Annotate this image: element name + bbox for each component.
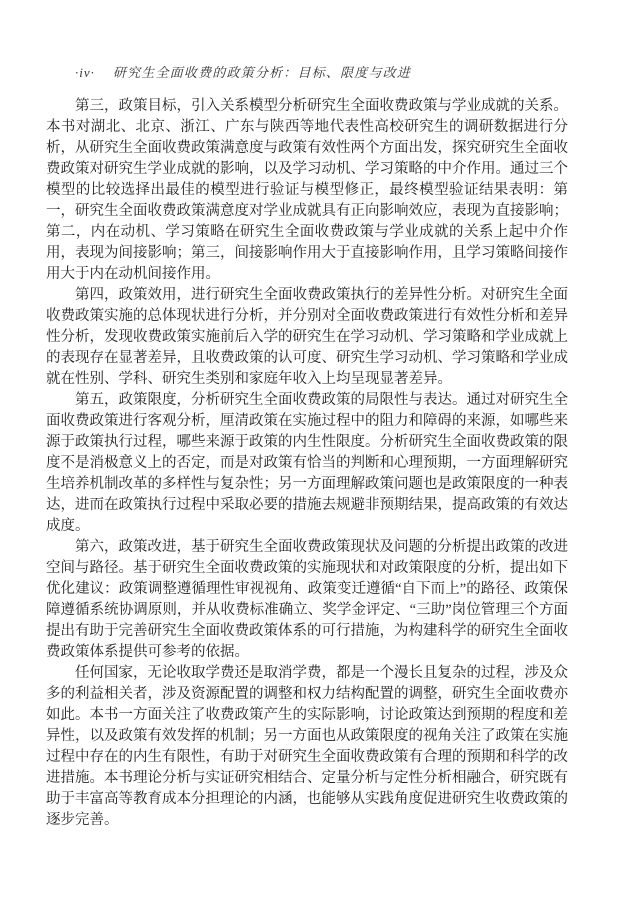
- paragraph-conclusion: 任何国家，无论收取学费还是取消学费，都是一个漫长且复杂的过程，涉及众多的利益相关…: [46, 663, 568, 831]
- paragraph-policy-goal: 第三，政策目标，引入关系模型分析研究生全面收费政策与学业成就的关系。本书对湖北、…: [46, 96, 568, 285]
- page-number: ·iv·: [75, 65, 95, 81]
- paragraph-policy-limits: 第五，政策限度，分析研究生全面收费政策的局限性与表达。通过对研究生全面收费政策进…: [46, 390, 568, 537]
- running-title: 研究生全面收费的政策分析：目标、限度与改进: [113, 62, 411, 81]
- book-page: ·iv· 研究生全面收费的政策分析：目标、限度与改进 第三，政策目标，引入关系模…: [0, 0, 638, 902]
- paragraph-policy-utility: 第四，政策效用，进行研究生全面收费政策执行的差异性分析。对研究生全面收费政策实施…: [46, 285, 568, 390]
- paragraph-policy-improvement: 第六，政策改进，基于研究生全面收费政策现状及问题的分析提出政策的改进空间与路径。…: [46, 537, 568, 663]
- running-header: ·iv· 研究生全面收费的政策分析：目标、限度与改进: [46, 62, 568, 81]
- document-body: 第三，政策目标，引入关系模型分析研究生全面收费政策与学业成就的关系。本书对湖北、…: [46, 96, 568, 831]
